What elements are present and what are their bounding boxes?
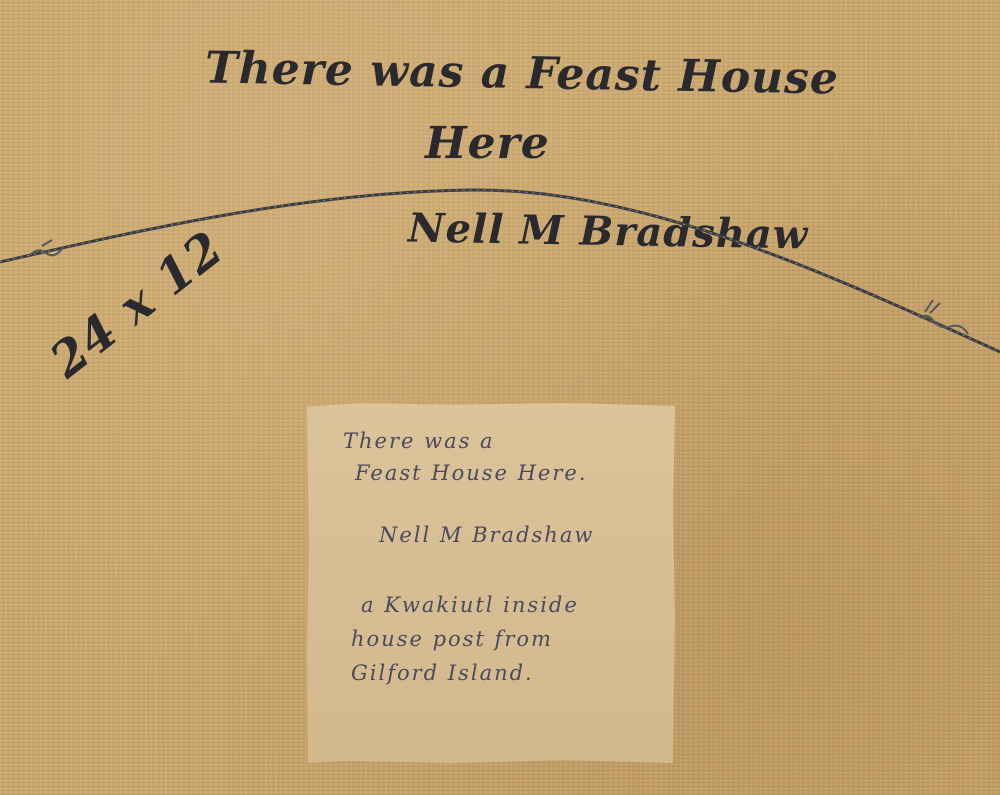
label-line: Feast House Here. <box>355 461 588 485</box>
wire-twist-left <box>30 240 62 255</box>
dimensions-inscription: 24 x 12 <box>40 220 234 389</box>
label-signature: Nell M Bradshaw <box>379 523 594 547</box>
wire-twist-right <box>920 300 968 334</box>
inscription-title-line2: Here <box>425 118 550 169</box>
label-line: house post from <box>351 627 553 651</box>
label-line: There was a <box>343 429 495 453</box>
artist-signature: Nell M Bradshaw <box>408 205 809 259</box>
inscription-title-line1: There was a Feast House <box>205 42 840 104</box>
label-line: a Kwakiutl inside <box>361 593 579 617</box>
painting-back-board: There was a Feast House Here Nell M Brad… <box>0 0 1000 795</box>
label-line: Gilford Island. <box>351 661 534 685</box>
paper-label: There was a Feast House Here. Nell M Bra… <box>307 403 675 763</box>
